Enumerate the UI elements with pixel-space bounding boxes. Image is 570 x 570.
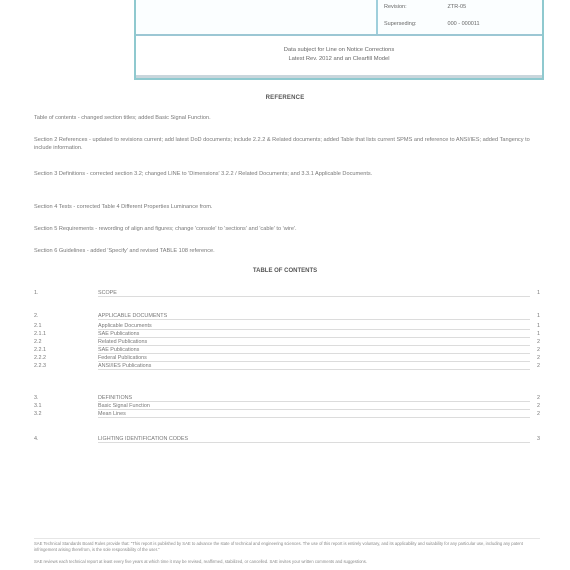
toc-entry[interactable]: 3.DEFINITIONS2: [34, 395, 540, 403]
revision-value: ZTR-05: [448, 4, 467, 10]
toc-entry-title[interactable]: Applicable Documents: [98, 323, 154, 329]
toc-entry-title[interactable]: SAE Publications: [98, 331, 141, 337]
toc-entry[interactable]: 2.1.1SAE Publications1: [34, 331, 540, 339]
toc-entry-page: 1: [537, 331, 540, 337]
subtitle-line-1: Data subject for Line on Notice Correcti…: [136, 46, 542, 55]
superseding-row: Superseding: 000 - 000011: [384, 21, 480, 27]
toc-entry-page: 1: [537, 290, 540, 296]
header-bottom-border: [136, 75, 542, 78]
toc-entry[interactable]: 2.2.3ANSI/IES Publications2: [34, 363, 540, 371]
superseding-label: Superseding:: [384, 21, 446, 27]
toc-entry-title[interactable]: SCOPE: [98, 290, 119, 296]
change-paragraph: Section 6 Guidelines - added 'Specify' a…: [34, 247, 540, 255]
header-top-panel: Revision: ZTR-05 Superseding: 000 - 0000…: [136, 0, 542, 36]
toc-entry[interactable]: 4.LIGHTING IDENTIFICATION CODES3: [34, 436, 540, 444]
toc-entry-number: 3.: [34, 395, 39, 401]
toc-entry-title[interactable]: Related Publications: [98, 339, 149, 345]
superseding-value: 000 - 000011: [448, 21, 480, 27]
change-paragraph: Section 3 Definitions - corrected sectio…: [34, 170, 540, 178]
toc-entry[interactable]: 2.2.1SAE Publications2: [34, 347, 540, 355]
header-meta-panel: Revision: ZTR-05 Superseding: 000 - 0000…: [376, 0, 542, 34]
toc-leader-line: [98, 353, 530, 354]
toc-entry-number: 3.1: [34, 403, 42, 409]
toc-entry-title[interactable]: APPLICABLE DOCUMENTS: [98, 313, 169, 319]
toc-leader-line: [98, 417, 530, 418]
toc-entry[interactable]: 2.1Applicable Documents1: [34, 323, 540, 331]
toc-leader-line: [98, 345, 530, 346]
document-header-box: Revision: ZTR-05 Superseding: 000 - 0000…: [134, 0, 544, 80]
toc-leader-line: [98, 442, 530, 443]
toc-leader-line: [98, 319, 530, 320]
toc-entry-title[interactable]: DEFINITIONS: [98, 395, 134, 401]
toc-entry-title[interactable]: LIGHTING IDENTIFICATION CODES: [98, 436, 190, 442]
toc-entry-number: 2.1.1: [34, 331, 46, 337]
toc-entry-title[interactable]: Federal Publications: [98, 355, 149, 361]
toc-entry-number: 2.2.2: [34, 355, 46, 361]
toc-leader-line: [98, 329, 530, 330]
toc-entry-number: 2.2: [34, 339, 42, 345]
revision-label: Revision:: [384, 4, 446, 10]
toc-entry[interactable]: 2.2Related Publications2: [34, 339, 540, 347]
subtitle-line-2: Latest Rev. 2012 and an Clearfill Model: [136, 55, 542, 64]
toc-entry[interactable]: 3.2Mean Lines2: [34, 411, 540, 419]
toc-entry-title[interactable]: ANSI/IES Publications: [98, 363, 153, 369]
toc-entry-page: 2: [537, 395, 540, 401]
toc-entry-page: 2: [537, 347, 540, 353]
toc-entry-page: 1: [537, 313, 540, 319]
toc-entry[interactable]: 2.APPLICABLE DOCUMENTS1: [34, 313, 540, 321]
toc-leader-line: [98, 296, 530, 297]
footnote-line-2: SAE reviews each technical report at lea…: [34, 559, 540, 565]
footnote-line-1: SAE Technical Standards Board Rules prov…: [34, 541, 540, 553]
footnote-divider: [34, 538, 540, 539]
toc-entry-page: 2: [537, 339, 540, 345]
change-paragraph: Table of contents - changed section titl…: [34, 114, 540, 122]
toc-entry-page: 2: [537, 355, 540, 361]
toc-leader-line: [98, 337, 530, 338]
change-paragraph: Section 4 Tests - corrected Table 4 Diff…: [34, 203, 540, 211]
toc-entry-number: 2.1: [34, 323, 42, 329]
header-subtitle: Data subject for Line on Notice Correcti…: [136, 46, 542, 64]
toc-entry-number: 1.: [34, 290, 39, 296]
toc-entry-page: 2: [537, 403, 540, 409]
toc-entry-number: 3.2: [34, 411, 42, 417]
change-paragraph: Section 5 Requirements - rewording of al…: [34, 225, 540, 233]
toc-entry-number: 2.2.1: [34, 347, 46, 353]
toc-entry-page: 1: [537, 323, 540, 329]
toc-entry-title[interactable]: Mean Lines: [98, 411, 128, 417]
toc-entry-page: 3: [537, 436, 540, 442]
toc-entry-page: 2: [537, 363, 540, 369]
toc-leader-line: [98, 409, 530, 410]
toc-entry-title[interactable]: Basic Signal Function: [98, 403, 152, 409]
toc-leader-line: [98, 401, 530, 402]
toc-entry-number: 4.: [34, 436, 39, 442]
change-summary-title: REFERENCE: [0, 95, 570, 101]
toc-leader-line: [98, 361, 530, 362]
change-paragraph: Section 2 References - updated to revisi…: [34, 136, 540, 152]
toc-leader-line: [98, 369, 530, 370]
toc-entry-title[interactable]: SAE Publications: [98, 347, 141, 353]
toc-entry[interactable]: 2.2.2Federal Publications2: [34, 355, 540, 363]
toc-entry-number: 2.2.3: [34, 363, 46, 369]
toc-title: TABLE OF CONTENTS: [0, 268, 570, 274]
revision-row: Revision: ZTR-05: [384, 4, 466, 10]
toc-entry[interactable]: 1.SCOPE1: [34, 290, 540, 298]
toc-entry-page: 2: [537, 411, 540, 417]
toc-entry[interactable]: 3.1Basic Signal Function2: [34, 403, 540, 411]
toc-entry-number: 2.: [34, 313, 39, 319]
